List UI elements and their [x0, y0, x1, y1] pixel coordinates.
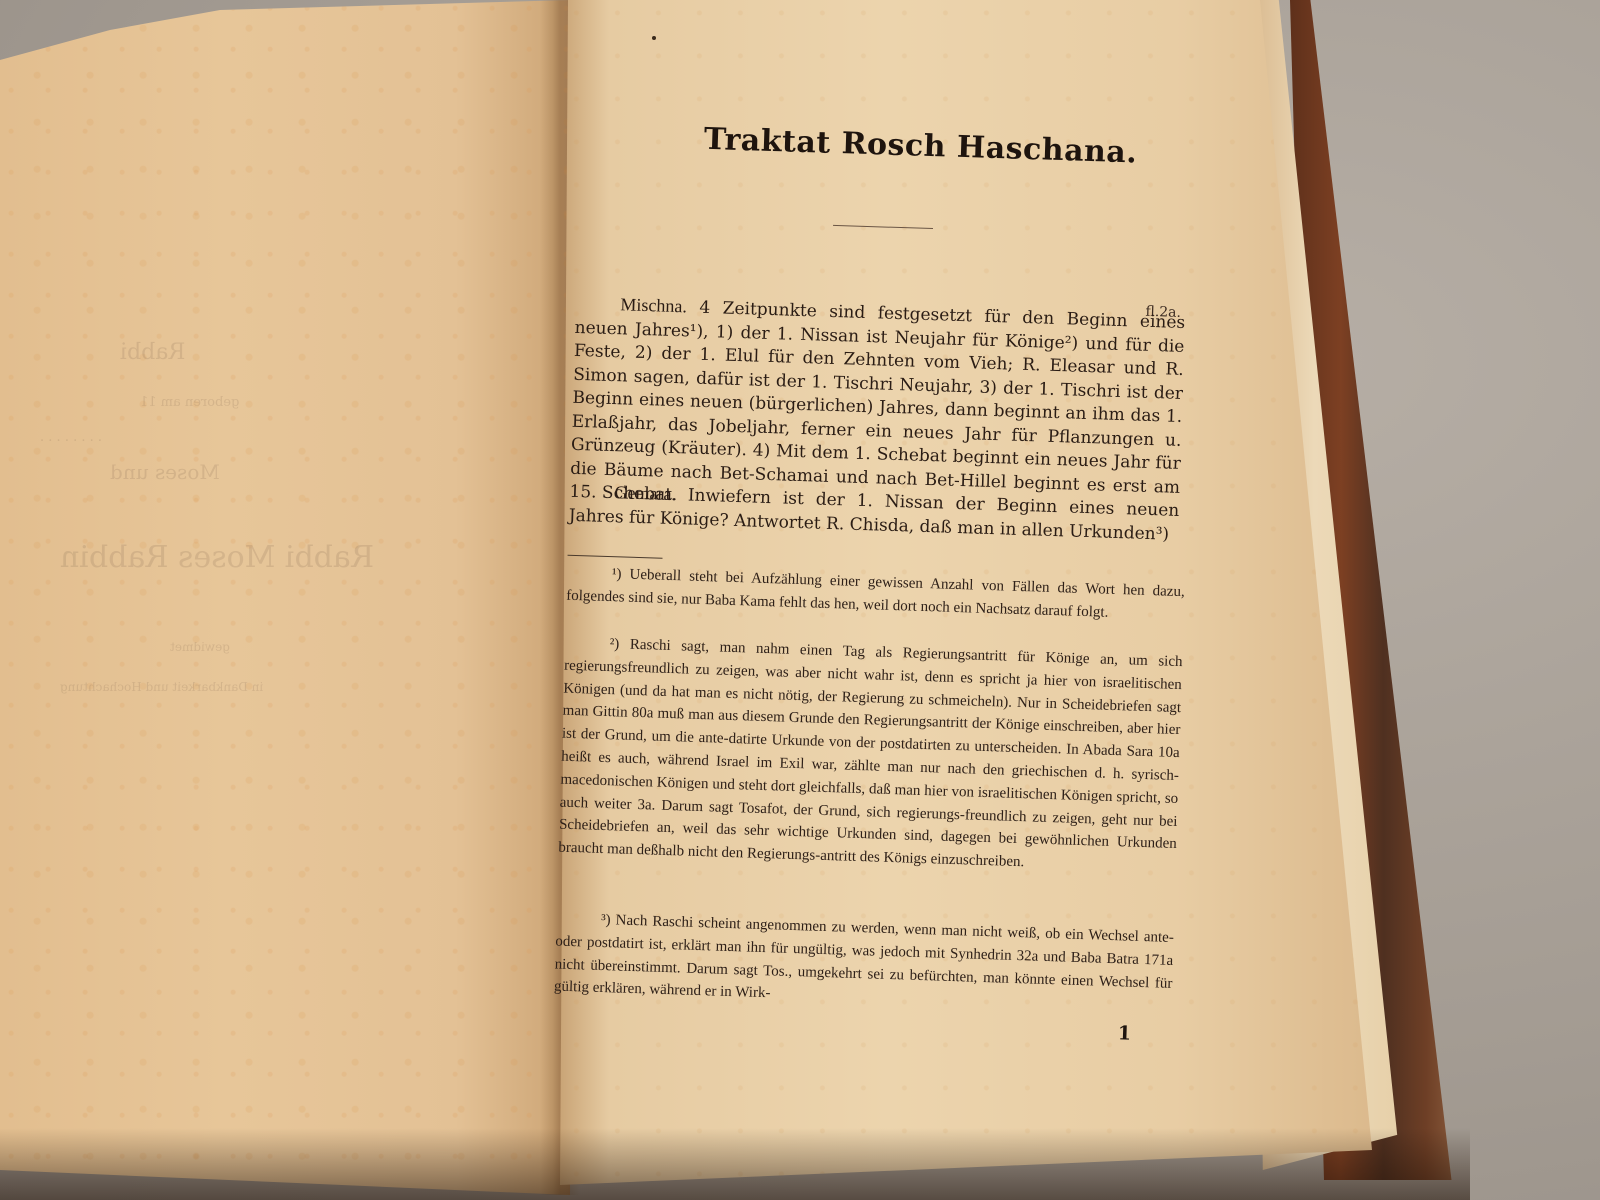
book-bottom-shadow: [0, 0, 1470, 1200]
